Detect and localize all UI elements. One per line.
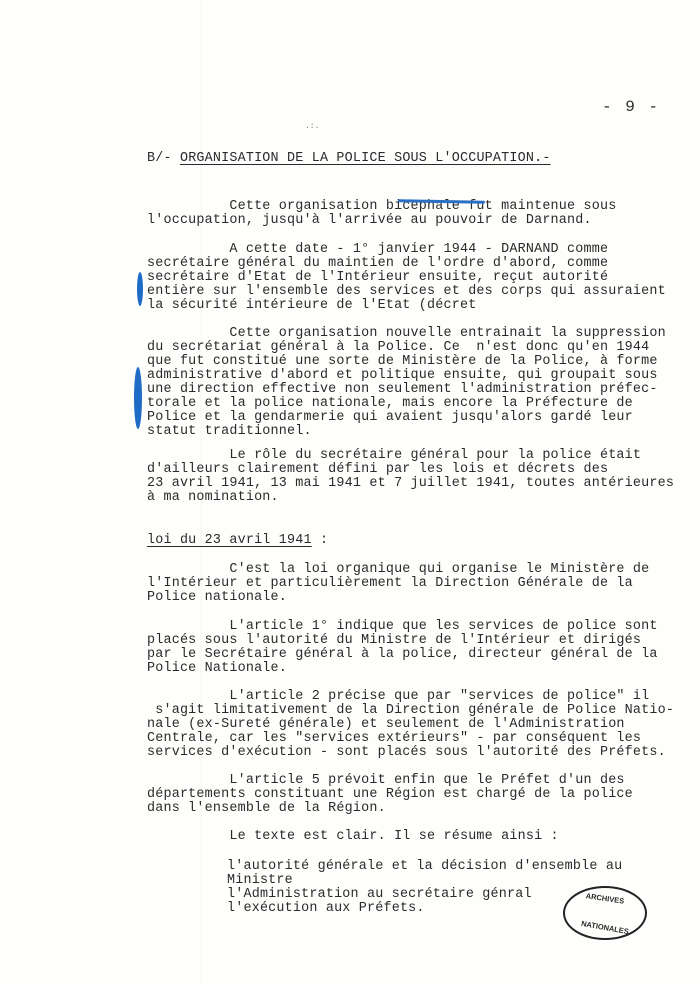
paragraph-line: une direction effective non seulement l'… [147,383,658,397]
margin-mark [137,272,143,306]
paragraph-line: placés sous l'autorité du Ministre de l'… [147,634,641,648]
paragraph-line: L'article 1° indique que les services de… [147,620,658,634]
paragraph-line: par le Secrétaire général à la police, d… [147,648,658,662]
archives-nationales-stamp: ARCHIVES NATIONALES [563,886,647,940]
paragraph-line: secrétaire général du maintien de l'ordr… [147,257,608,271]
law-subheading: loi du 23 avril 1941 : [147,534,328,548]
document-page: .:. - 9 - B/- ORGANISATION DE LA POLICE … [0,0,700,984]
paragraph-line: statut traditionnel. [147,425,312,439]
page-number: - 9 - [602,98,660,116]
paragraph-line: 23 avril 1941, 13 mai 1941 et 7 juillet … [147,477,674,491]
paragraph-line: C'est la loi organique qui organise le M… [147,563,649,577]
paragraph-line: Police nationale. [147,591,287,605]
paragraph-line: A cette date - 1° janvier 1944 - DARNAND… [147,243,608,257]
section-heading: B/- ORGANISATION DE LA POLICE SOUS L'OCC… [147,152,551,166]
paragraph-line: Cette organisation nouvelle entrainait l… [147,327,666,341]
paragraph-line: du secrétariat général à la Police. Ce n… [147,341,649,355]
summary-item: l'autorité générale et la décision d'ens… [227,860,622,874]
heading-prefix: B/- [147,151,180,166]
paragraph-line: administrative d'abord et politique ensu… [147,369,658,383]
paragraph-line: services d'exécution - sont placés sous … [147,746,666,760]
paragraph-line: l'occupation, jusqu'à l'arrivée au pouvo… [147,214,592,228]
law-title-suffix: : [312,533,328,548]
ink-speck: .:. [305,122,319,131]
paragraph-line: L'article 2 précise que par "services de… [147,690,649,704]
paragraph-line: secrétaire d'Etat de l'Intérieur ensuite… [147,271,608,285]
paragraph-line: d'ailleurs clairement défini par les loi… [147,463,608,477]
paragraph-line: torale et la police nationale, mais enco… [147,397,633,411]
summary-item: l'exécution aux Préfets. [227,902,425,916]
margin-mark [134,367,142,429]
paragraph-line: Cette organisation bicephale fut mainten… [147,200,616,214]
paragraph-line: L'article 5 prévoit enfin que le Préfet … [147,774,625,788]
stamp-bottom-text: NATIONALES [565,916,645,939]
paragraph-line: dans l'ensemble de la Région. [147,802,386,816]
summary-item: Ministre [227,874,293,888]
paragraph-line: nale (ex-Sureté générale) et seulement d… [147,718,625,732]
paragraph-line: entière sur l'ensemble des services et d… [147,285,666,299]
summary-item: l'Administration au secrétaire génral [227,888,532,902]
paragraph-line: l'Intérieur et particulièrement la Direc… [147,577,633,591]
paragraph-line: Police Nationale. [147,662,287,676]
paragraph-line: Le texte est clair. Il se résume ainsi : [147,830,559,844]
paragraph-line: à ma nomination. [147,491,279,505]
law-title: loi du 23 avril 1941 [147,533,312,548]
stamp-top-text: ARCHIVES [565,888,645,908]
paragraph-line: la sécurité intérieure de l'Etat (décret [147,299,476,313]
paragraph-line: s'agit limitativement de la Direction gé… [147,704,674,718]
paragraph-line: que fut constitué une sorte de Ministère… [147,355,658,369]
paragraph-line: Police et la gendarmerie qui avaient jus… [147,411,633,425]
paragraph-line: départements constituant une Région est … [147,788,633,802]
paragraph-line: Centrale, car les "services extérieurs" … [147,732,641,746]
paragraph-line: Le rôle du secrétaire général pour la po… [147,449,641,463]
heading-title: ORGANISATION DE LA POLICE SOUS L'OCCUPAT… [180,151,551,166]
